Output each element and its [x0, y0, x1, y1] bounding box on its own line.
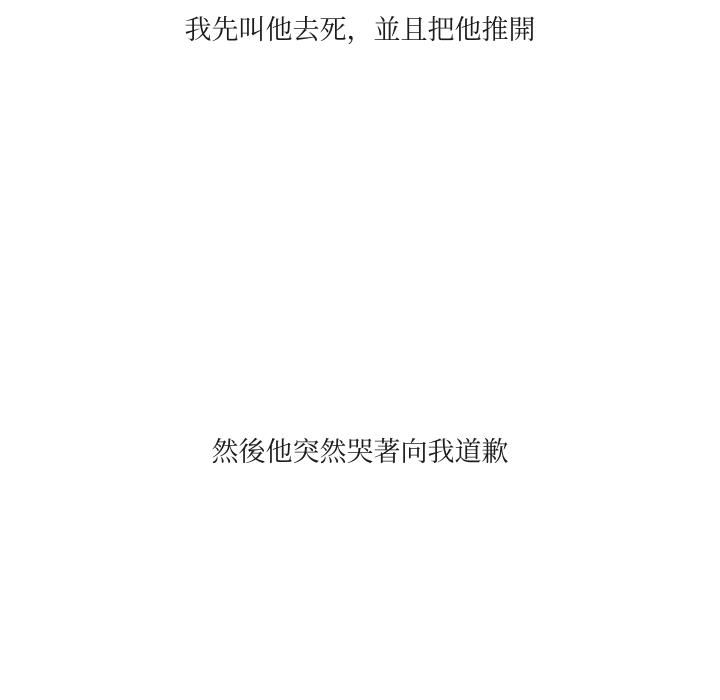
narration-line-1: 我先叫他去死，並且把他推開 — [0, 12, 720, 48]
comic-page-background: 我先叫他去死，並且把他推開 然後他突然哭著向我道歉 — [0, 0, 720, 700]
narration-line-2: 然後他突然哭著向我道歉 — [0, 434, 720, 470]
